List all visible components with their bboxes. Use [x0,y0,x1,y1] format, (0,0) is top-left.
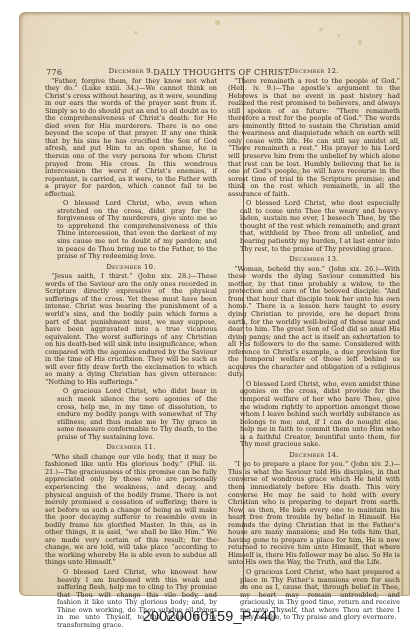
entry-reading: “Woman, behold thy son.” (John xix. 26.)… [228,266,400,379]
entry-reading: “Jesus saith, I thirst.” (John xix. 28.)… [45,273,217,386]
entry-prayer: O gracious Lord Christ, who didst bear i… [57,388,217,441]
entry-date: December 12. [228,68,400,76]
entry-prayer: O blessed Lord Christ, who dost especial… [240,200,400,253]
entry-december-11: December 11. “Who shall change our vile … [45,444,217,629]
entry-december-12: December 12. “There remaineth a rest to … [228,68,400,253]
entry-december-13: December 13. “Woman, behold thy son.” (J… [228,256,400,449]
stain-spot [215,20,220,25]
stain-spot [134,31,137,34]
stain-spot [319,28,323,31]
entry-reading: “Father, forgive them, for they know not… [45,78,217,199]
entry-date: December 13. [228,256,400,264]
entry-date: December 10. [45,264,217,272]
entry-reading: “There remaineth a rest to the people of… [228,78,400,199]
stain-spot [217,538,220,541]
entry-date: December 11. [45,444,217,452]
stain-spot [358,40,362,45]
right-column: December 12. “There remaineth a rest to … [228,66,400,625]
left-column: December 9. “Father, forgive them, for t… [45,66,217,632]
entry-december-14: December 14. “I go to prepare a place fo… [228,452,400,622]
entry-reading: “I go to prepare a place for you.” (John… [228,461,400,567]
entry-date: December 14. [228,452,400,460]
entry-reading: “Who shall change our vile body, that it… [45,454,217,567]
image-id-caption: 20020060159_P740 [0,609,419,625]
page-edge-shadow [401,12,404,596]
entry-date: December 9. [45,68,217,76]
stain-spot [337,34,340,37]
entry-prayer: O blessed Lord Christ, who, even when st… [57,200,217,260]
entry-december-10: December 10. “Jesus saith, I thirst.” (J… [45,264,217,442]
entry-prayer: O blessed Lord Christ, who, even amidst … [240,381,400,449]
entry-december-9: December 9. “Father, forgive them, for t… [45,68,217,261]
